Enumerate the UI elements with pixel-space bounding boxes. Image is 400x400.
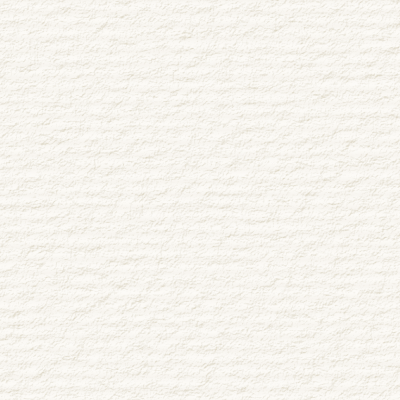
boucle-fabric-photo [0, 0, 400, 400]
fabric-texture-noise [0, 0, 400, 400]
fabric-texture-fill [0, 0, 400, 400]
